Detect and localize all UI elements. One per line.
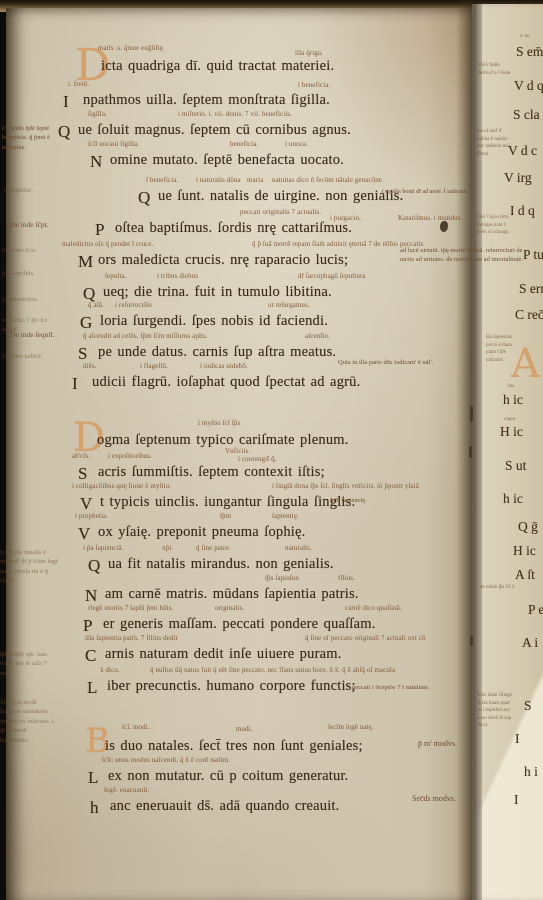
interlinear-gloss: carnē dico quaſſatā. (345, 604, 402, 612)
right-page-fragment: H ic (500, 424, 523, 440)
interlinear-gloss: ſp̄m (220, 512, 231, 520)
interlinear-gloss: Katariſmus. i mundus. (398, 214, 462, 222)
interlinear-gloss: ſcīt: unus modus naſcendi. q̄ n̄ ē cont̄… (102, 756, 230, 764)
fold-scribble: hōc̄ō' ſadła deſtruct̄ ę ſ ēude. (478, 62, 512, 77)
line-text: oſtea baptiſmus. ſordis nrę cattariſmus. (115, 220, 352, 237)
interlinear-gloss: q̄ ſine patre. (196, 544, 231, 552)
interlinear-gloss: legē. euacuauit. (104, 786, 149, 794)
interlinear-gloss: naturalis. (285, 544, 312, 552)
interlinear-gloss: q̄ p̄ ſuā mortē repam ſlam̄ aduixit ęter… (252, 240, 423, 248)
line-text: am carnē matris. mūdans ſapientia patris… (105, 586, 359, 603)
line-text: ue ſunt. natalis de uirgine. non geniali… (158, 188, 403, 205)
right-page-fragment: V d c (508, 143, 537, 159)
line-text: ue ſoluit magnus. ſeptem cū cornibus agn… (78, 122, 351, 139)
interlinear-gloss: peccati originalis 7 actualis. (240, 208, 321, 216)
margin-note: peccati ī ōceptōe 7 ī natuitate. (352, 683, 480, 692)
line-text: acris ſummiſtis. ſeptem contexit iſtis; (98, 464, 325, 481)
right-page-fragment: S em̄ (516, 44, 543, 60)
fold-scribble: ī tūn 7 q̄ca cōmi cōmīges nam ſ d'reſs o… (476, 214, 510, 237)
line-text: ogma ſeptenum typico cariſmate plenum. (97, 432, 349, 449)
line-initial: L (88, 768, 98, 788)
interlinear-gloss: ſp̄s ſapioſue. (265, 574, 301, 582)
line-initial: P (95, 220, 104, 240)
interlinear-gloss: filius. (338, 574, 355, 582)
line-text: npathmos uilla. ſeptem monſtrata ſigilla… (83, 92, 330, 109)
interlinear-gloss: i tribus diebus (157, 272, 198, 280)
margin-note: iiii. ſepultūs. (2, 269, 58, 278)
line-text: omine mutato. ſeptē benefacta uocato. (110, 152, 344, 169)
verse-line: Que ſoluit magnus. ſeptem cū cornibus ag… (0, 122, 543, 146)
interlinear-gloss: i uuoca. (285, 140, 308, 148)
interlinear-gloss: xp̄i. (162, 544, 173, 552)
line-text: ua fit natalis mirandus. non genialis. (108, 556, 334, 573)
interlinear-gloss: Vnficiis. (225, 447, 250, 455)
interlinear-gloss: i purgacio. (330, 214, 361, 222)
line-text: ueq; die trina. fuit in tumulo libitina. (103, 284, 332, 301)
line-initial: L (87, 678, 97, 698)
interlinear-gloss: i miſterio. i. vii. donis. 7 vii. benefi… (178, 110, 292, 118)
margin-note: De inde ſequit̄. (10, 330, 72, 341)
right-page-fragment: I (514, 792, 519, 808)
line-text: pe unde datus. carnis ſup aſtra meatus. (98, 344, 336, 361)
line-initial: G (80, 313, 92, 333)
interlinear-gloss: maledictus oīs q̄ pendet ī cruce. (62, 240, 153, 248)
verse-line: Nam carnē matris. mūdans ſapientia patri… (0, 586, 543, 610)
fold-scribble: blōc dāan c̄ſiłagē q̄ eſa ſuaeō opat' eī… (478, 692, 512, 730)
interlinear-gloss: ſapientię. (272, 512, 299, 520)
right-page-fragment: V irg (504, 170, 532, 186)
interlinear-gloss: ſepulta. (105, 272, 127, 280)
interlinear-gloss: illa ſapientia patr̄s. 7 filius dedit (85, 634, 178, 642)
fold-scribble: hucuſ nact̄ d' poſuta ē natāliv hoc nałē… (477, 128, 511, 158)
right-page-fragment: H ic (513, 543, 536, 559)
interlinear-gloss: ut reſurgamus. (268, 301, 310, 309)
interlinear-gloss: q̄ nullus ūq̄ natus fuit q̄ eēt ſine pec… (150, 666, 395, 674)
line-initial: V (80, 494, 92, 514)
interlinear-gloss: i colligacōibus quę ſioue ō myſtio. (72, 482, 171, 490)
line-text: t typicis uinclis. iungantur ſingula ſin… (100, 494, 355, 511)
margin-note: Scił q̄ oī modi humāne natiuitatis imple… (0, 698, 56, 745)
margin-note: ad lucē uirtutū. ip̄ę mortē noſtrā. reſu… (400, 246, 538, 265)
line-text: ox yſaię. preponit pneuma ſophię. (98, 524, 306, 541)
line-initial: Q (138, 188, 150, 208)
interlinear-gloss: modi. (236, 725, 253, 733)
interlinear-gloss: illa q̄riga. (295, 49, 323, 57)
interlinear-gloss: i iudicas uidebō. (200, 362, 248, 370)
interlinear-gloss: ſcī. modi. (122, 723, 150, 731)
margin-note: p̄ m' modvs. (418, 738, 488, 750)
margin-note: Ce qn̄do q̄dē ſeptē beneficia. q̄ p̄mū ē… (2, 124, 64, 152)
line-text: udicii flagrū. ioſaphat quod ſpectat ad … (92, 374, 360, 391)
margin-note: Sec̄ds modvs. (412, 793, 492, 805)
right-page-fragment: A i (522, 635, 538, 651)
margin-note: vii. dies iudicii. (2, 352, 64, 361)
line-initial: Q (88, 556, 100, 576)
interlinear-gloss: ab'cīs. (72, 452, 90, 460)
line-initial: S (78, 464, 87, 484)
interlinear-gloss: i flagellū. (140, 362, 168, 370)
line-initial: V (78, 524, 90, 544)
line-initial: S (78, 344, 87, 364)
right-page-fragment: C rec̄ (515, 307, 543, 323)
verse-line: Vox yſaię. preponit pneuma ſophię. (0, 524, 543, 548)
line-initial: I (72, 374, 78, 394)
interlinear-gloss: q̄ ſine oī peccato originali 7 actuali o… (305, 634, 426, 642)
interlinear-gloss: q̄ aſcendit ad celōs. ſp̄m ſc̄m miſſurus… (83, 332, 208, 340)
interlinear-gloss: dr̄ ſarcophagū ſepultura (298, 272, 366, 280)
margin-note: i natālis bonū dr̄ ad uenē. ł auſternū. (382, 188, 540, 197)
right-page-fragment: P e (528, 602, 543, 618)
line-text: ex non mutatur. cū p coitum generatur. (108, 768, 349, 785)
right-page-fragment: h ic (503, 491, 523, 507)
right-page-fragment: I d q (510, 203, 535, 219)
margin-note: v. reſurrectōn. (2, 295, 60, 304)
interlinear-gloss: aſcenſio. (305, 332, 330, 340)
verse-line: Per generis maſſam. peccati pondere quaſ… (0, 616, 543, 640)
interlinear-gloss: i naturalis dōna (196, 176, 241, 184)
interlinear-gloss: ſecīm legē natę. (328, 723, 374, 731)
interlinear-gloss: i expoſitoribus. (108, 452, 152, 460)
line-text: is duo natales. ſect̄ tres non ſunt geni… (105, 738, 363, 755)
fold-scribble: ſp̄s ſapientias porcū ē ſn̄ata uiam ſ ſp… (486, 334, 516, 364)
right-page-fragment: V d q (514, 78, 543, 94)
right-page-fragment: S cla (513, 107, 540, 123)
verse-line: Iudicii flagrū. ioſaphat quod ſpectat ad… (0, 374, 543, 398)
margin-note: Quia in illa parte dn̄s iudicam' ē uāl'. (338, 358, 474, 367)
margin-note: ii. baptiſm'. (4, 186, 56, 195)
interlinear-gloss: ſigilla. (88, 110, 107, 118)
margin-note: De inde ſc̄pt. (10, 220, 68, 231)
line-initial: N (90, 152, 102, 172)
fold-scribble: ida (508, 383, 530, 391)
line-text: icta quadriga dī. quid tractat materiei. (101, 58, 334, 75)
line-initial: I (63, 92, 69, 112)
interlinear-gloss: i coniungit̄ q̄. (238, 455, 277, 463)
line-initial: P (83, 616, 92, 636)
right-page-fragment: S ut (505, 458, 526, 474)
margin-note: ſpm̄ ſapiencię. (330, 496, 420, 505)
verse-line: Dicta quadriga dī. quid tractat materiei… (0, 58, 543, 82)
interlinear-gloss: matīs .s. q̄tuor euḡliſtę. (98, 44, 165, 52)
verse-line: Lex non mutatur. cū p coitum generatur. (0, 768, 543, 792)
right-page-fragment: S err (519, 281, 543, 297)
interlinear-gloss: ſ beneficia. (146, 176, 178, 184)
line-text: er generis maſſam. peccati pondere quaſſ… (103, 616, 376, 633)
right-page-fragment: I (515, 731, 520, 747)
line-text: ors maledicta crucis. nrę raparacio luci… (98, 252, 348, 269)
verse-line: Gloria ſurgendi. ſpes nobis id faciendi. (0, 313, 543, 337)
right-page-fragment: A ſt (515, 567, 535, 583)
line-text: iber precunctis. humano corpore functis; (107, 678, 356, 695)
verse-line: Nomine mutato. ſeptē benefacta uocato. (0, 152, 543, 176)
interlinear-gloss: beneficia. (230, 140, 258, 148)
line-text: loria ſurgendi. ſpes nobis id faciendi. (100, 313, 328, 330)
interlinear-gloss: i reſurrectōis (115, 301, 152, 309)
fold-scribble: idapū (504, 416, 534, 424)
right-page-fragment: S (524, 698, 532, 714)
line-initial: C (85, 646, 96, 666)
interlinear-gloss: i p̄a ſapienciā. (83, 544, 124, 552)
interlinear-gloss: i. fretū. (68, 80, 89, 88)
interlinear-gloss: diēs. (83, 362, 97, 370)
margin-note: ico q̄ iſte natalis ē mirand' ſit p̄ ſcā… (0, 548, 60, 586)
interlinear-gloss: q̄ alā. (88, 301, 104, 309)
interlinear-gloss: natuitas dico n̄ ſecōm nātale genacōne (272, 176, 382, 184)
fold-scribble: d' do (520, 33, 542, 41)
line-text: anc eneruauit ds̄. adā quando creauit. (110, 798, 339, 815)
line-text: arnis naturam dedit inſe uiuere puram. (105, 646, 342, 663)
text-layer: Dicta quadriga dī. quid tractat materiei… (0, 0, 543, 900)
interlinear-gloss: ſcīl uocaui ſigilla. (88, 140, 139, 148)
interlinear-gloss: i beneficia. (298, 81, 330, 89)
interlinear-gloss: maria (247, 176, 263, 184)
interlinear-gloss: i ſinglā dona ſp̄s ſcī. ſinglīs vnficiis… (272, 482, 419, 490)
line-initial: M (78, 252, 93, 272)
interlinear-gloss: x̄ dico. (100, 666, 120, 674)
right-page-fragment: h ic (503, 392, 523, 408)
margin-note: q̄n̄do q̄dē xp̄c ſuas naſci. ēre ſē ad'a… (0, 650, 56, 678)
right-page-fragment: h i (524, 764, 538, 780)
interlinear-gloss: i prophetia. (75, 512, 108, 520)
right-page-fragment: Q ḡ (518, 519, 538, 535)
manuscript-photo: Dicta quadriga dī. quid tractat materiei… (0, 0, 543, 900)
interlinear-gloss: rlegē mortis 7 lapſū p̄mi hōis. (88, 604, 173, 612)
interlinear-gloss: i myſtio ſcī ſp̄s (198, 419, 240, 427)
line-initial: N (85, 586, 97, 606)
interlinear-gloss: originalis. (215, 604, 244, 612)
fold-scribble: de mūdo ſp̄s ſcī n̄ (480, 584, 543, 592)
margin-note: iii. mors c̄cis. (2, 246, 58, 255)
right-page-fragment: P tun (523, 247, 543, 263)
line-initial: h (90, 798, 99, 818)
